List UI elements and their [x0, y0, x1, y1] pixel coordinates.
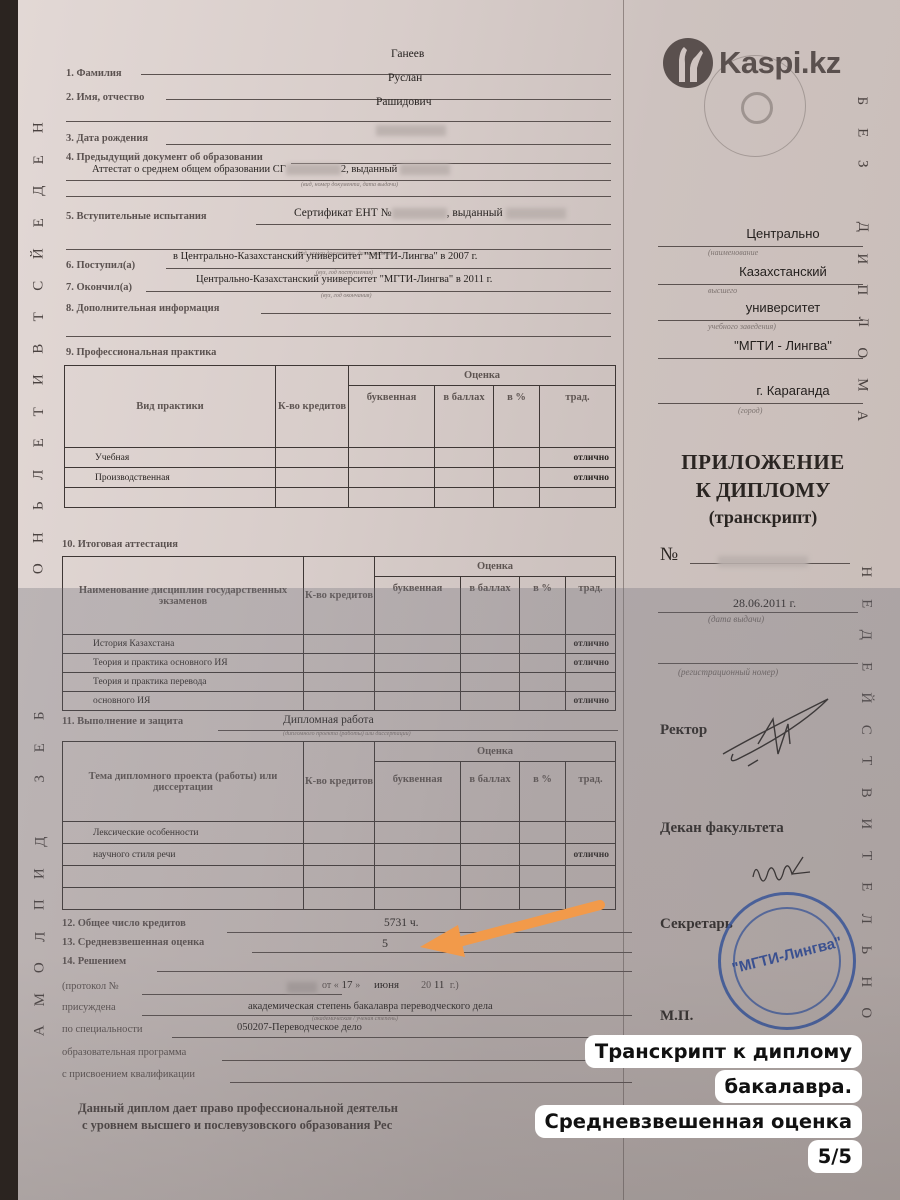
side-letter: Е: [24, 218, 56, 227]
side-text-left-upper: НЕДЕЙСТВИТЕЛЬНО: [34, 112, 45, 585]
side-letter: Н: [24, 532, 56, 543]
number-redacted: [718, 552, 808, 570]
side-letter: Д: [24, 186, 56, 196]
institution-line: Казахстанский: [698, 264, 868, 279]
side-letter: Н: [850, 566, 882, 577]
caption-line-2: бакалавра.: [715, 1070, 862, 1103]
institution-caption: высшего: [708, 286, 737, 295]
rector-signature: [718, 694, 838, 774]
qualification-rule: [230, 1082, 632, 1083]
side-letter: З: [25, 775, 57, 783]
side-letter: П: [846, 284, 878, 295]
footer-text: Данный диплом дает право профессионально…: [78, 1100, 398, 1134]
transcript-title-2: К ДИПЛОМУ: [658, 478, 868, 503]
side-letter: О: [25, 962, 57, 973]
side-letter: Д: [25, 837, 57, 847]
side-letter: Е: [846, 128, 878, 137]
secretary-label: Секретарь: [660, 916, 733, 933]
side-letter: Т: [24, 312, 56, 321]
side-letter: Л: [25, 931, 57, 941]
side-letter: [846, 193, 878, 197]
side-letter: Й: [850, 692, 882, 703]
side-letter: М: [25, 993, 57, 1006]
side-letter: А: [846, 410, 878, 421]
transcript-title-3: (транскрипт): [658, 507, 868, 528]
issue-date-value: 28.06.2011 г.: [733, 596, 796, 611]
side-letter: Й: [24, 248, 56, 259]
institution-caption: (наименование: [708, 248, 758, 257]
university-seal: "МГТИ-Лингва": [718, 892, 856, 1030]
protocol-year: 11: [434, 979, 445, 991]
side-text-right-upper: БЕЗ ДИПЛОМА: [855, 85, 868, 432]
side-letter: Е: [25, 743, 57, 752]
institution-line: Центрально: [698, 226, 868, 241]
number-label: №: [660, 544, 678, 566]
protocol-from: от «: [322, 980, 339, 991]
side-letter: В: [24, 343, 56, 353]
side-letter: Л: [24, 469, 56, 479]
side-letter: Н: [24, 122, 56, 133]
institution-rule: [658, 246, 863, 247]
city-caption: (город): [738, 406, 762, 415]
side-letter: О: [24, 563, 56, 574]
institution-line: университет: [698, 300, 868, 315]
side-letter: Д: [850, 630, 882, 640]
protocol-number-redacted: [287, 978, 317, 996]
caption-line-3: Средневзвешенная оценка: [535, 1105, 862, 1138]
protocol-month: июня: [374, 979, 399, 991]
institution-line: "МГТИ - Лингва": [698, 338, 868, 353]
kaspi-logo-icon: [663, 38, 713, 88]
side-letter: Л: [850, 913, 882, 923]
city-rule: [658, 403, 863, 404]
protocol-day-close: »: [355, 980, 360, 991]
institution-caption: учебного заведения): [708, 322, 776, 331]
side-letter: В: [850, 787, 882, 797]
side-letter: Л: [846, 316, 878, 326]
side-letter: Т: [850, 851, 882, 860]
seal-text: "МГТИ-Лингва": [721, 931, 853, 979]
side-letter: Е: [24, 438, 56, 447]
transcript-document: Kaspi.kz НЕДЕЙСТВИТЕЛЬНО БЕЗ ДИПЛОМА БЕЗ…: [18, 0, 900, 1200]
protocol-suffix: г.): [450, 980, 459, 991]
specialty-rule: [172, 1037, 632, 1038]
side-letter: Б: [846, 96, 878, 105]
program-rule: [222, 1060, 632, 1061]
side-letter: Е: [850, 882, 882, 891]
institution-rule: [658, 284, 863, 285]
stamp-place-label: М.П.: [660, 1008, 693, 1025]
city-value: г. Караганда: [708, 383, 878, 398]
kaspi-watermark: Kaspi.kz: [663, 38, 841, 88]
side-letter: А: [25, 1025, 57, 1036]
side-letter: С: [850, 724, 882, 734]
side-letter: Е: [24, 155, 56, 164]
protocol-day: 17: [342, 979, 353, 991]
rector-label: Ректор: [660, 722, 707, 739]
reg-number-rule: [658, 663, 858, 664]
issue-date-rule: [658, 612, 858, 613]
caption-line-4: 5/5: [808, 1140, 862, 1173]
dean-label: Декан факультета: [660, 820, 784, 837]
footer-line-1: Данный диплом дает право профессионально…: [78, 1100, 398, 1117]
side-letter: Е: [850, 599, 882, 608]
reg-number-caption: (регистрационный номер): [678, 667, 778, 677]
side-text-left-lower: БЕЗ ДИПЛОМА: [34, 700, 47, 1047]
institution-rule: [658, 358, 863, 359]
caption-line-1: Транскрипт к диплому: [585, 1035, 862, 1068]
orange-arrow-icon: [410, 895, 610, 965]
issue-date-caption: (дата выдачи): [708, 614, 764, 624]
decision-rule: [157, 971, 632, 972]
side-letter: [25, 808, 57, 812]
side-letter: И: [850, 818, 882, 829]
side-letter: П: [25, 899, 57, 910]
protocol-year-prefix: 20: [421, 980, 431, 991]
side-text-right-lower: НЕДЕЙСТВИТЕЛЬНО: [860, 556, 871, 1029]
side-letter: З: [846, 160, 878, 168]
footer-line-2: с уровнем высшего и послевузовского обра…: [78, 1117, 398, 1134]
side-letter: О: [850, 1007, 882, 1018]
dean-signature: [748, 852, 818, 892]
side-letter: Н: [850, 976, 882, 987]
institution-rule: [658, 320, 863, 321]
side-letter: Б: [25, 711, 57, 720]
side-letter: С: [24, 280, 56, 290]
side-letter: И: [846, 253, 878, 264]
side-letter: Т: [850, 756, 882, 765]
side-letter: Ь: [24, 501, 56, 510]
side-letter: И: [24, 374, 56, 385]
kaspi-brand: Kaspi.kz: [719, 45, 841, 81]
side-letter: Т: [24, 407, 56, 416]
side-letter: И: [25, 868, 57, 879]
transcript-title-1: ПРИЛОЖЕНИЕ: [658, 450, 868, 475]
